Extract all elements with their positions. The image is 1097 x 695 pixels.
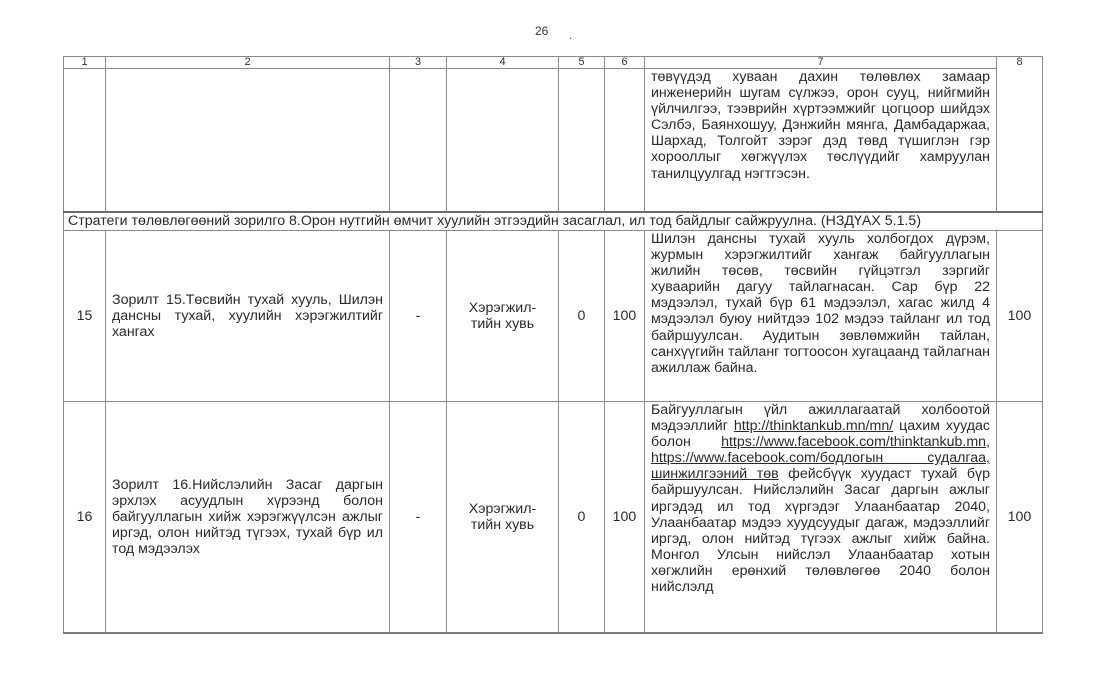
score-value: 100 <box>997 402 1043 634</box>
cell-empty <box>106 69 390 213</box>
start-value: 0 <box>559 402 605 634</box>
cell-empty <box>447 69 559 213</box>
result-text: Шилэн дансны тухай хууль холбогдох дүрэм… <box>645 231 997 402</box>
continuation-row: төвүүдэд хуваан дахин төлөвлөх замаар ин… <box>64 69 1043 213</box>
facebook-link[interactable]: https://www.facebook.com/thinktankub.mn <box>721 434 986 450</box>
report-table: 1 2 3 4 5 6 7 8 төвүүдэд хуваан дахин тө… <box>63 56 1043 634</box>
column-header: 5 <box>559 57 605 69</box>
page-number: 26 <box>535 24 548 38</box>
column-number-row: 1 2 3 4 5 6 7 8 <box>64 57 1043 69</box>
column-header: 2 <box>106 57 390 69</box>
target-value: 100 <box>605 231 645 402</box>
indicator-text: Хэрэгжил-тийн хувь <box>447 402 559 634</box>
indicator-text: Хэрэгжил-тийн хувь <box>447 231 559 402</box>
column-header: 6 <box>605 57 645 69</box>
column-header: 3 <box>390 57 447 69</box>
row-number: 15 <box>64 231 106 402</box>
cell-empty <box>559 69 605 213</box>
objective-text: Зорилт 16.Нийслэлийн Засаг даргын эрхлэх… <box>106 402 390 634</box>
row-number: 16 <box>64 402 106 634</box>
target-value: 100 <box>605 402 645 634</box>
column-header: 8 <box>997 57 1043 213</box>
cell-empty <box>605 69 645 213</box>
table-row: 16 Зорилт 16.Нийслэлийн Засаг даргын эрх… <box>64 402 1043 634</box>
start-value: 0 <box>559 231 605 402</box>
website-link[interactable]: http://thinktankub.mn/mn/ <box>734 418 893 434</box>
cell-empty <box>64 69 106 213</box>
cell-empty <box>390 69 447 213</box>
section-heading: Стратеги төлөвлөгөөний зорилго 8.Орон ну… <box>64 212 1043 231</box>
table-row: 15 Зорилт 15.Төсвийн тухай хууль, Шилэн … <box>64 231 1043 402</box>
column-header: 7 <box>645 57 997 69</box>
baseline-value: - <box>390 402 447 634</box>
column-header: 4 <box>447 57 559 69</box>
result-text-part: фейсбүүк хуудаст тухай бүр байршуулсан. … <box>651 466 990 595</box>
column-header: 1 <box>64 57 106 69</box>
result-text: Байгууллагын үйл ажиллагаатай холбоотой … <box>645 402 997 634</box>
score-value: 100 <box>997 231 1043 402</box>
result-text-part: , <box>986 434 990 450</box>
result-text-continued: төвүүдэд хуваан дахин төлөвлөх замаар ин… <box>645 69 997 213</box>
page-mark: . <box>569 28 572 42</box>
baseline-value: - <box>390 231 447 402</box>
objective-text: Зорилт 15.Төсвийн тухай хууль, Шилэн дан… <box>106 231 390 402</box>
section-heading-row: Стратеги төлөвлөгөөний зорилго 8.Орон ну… <box>64 212 1043 231</box>
